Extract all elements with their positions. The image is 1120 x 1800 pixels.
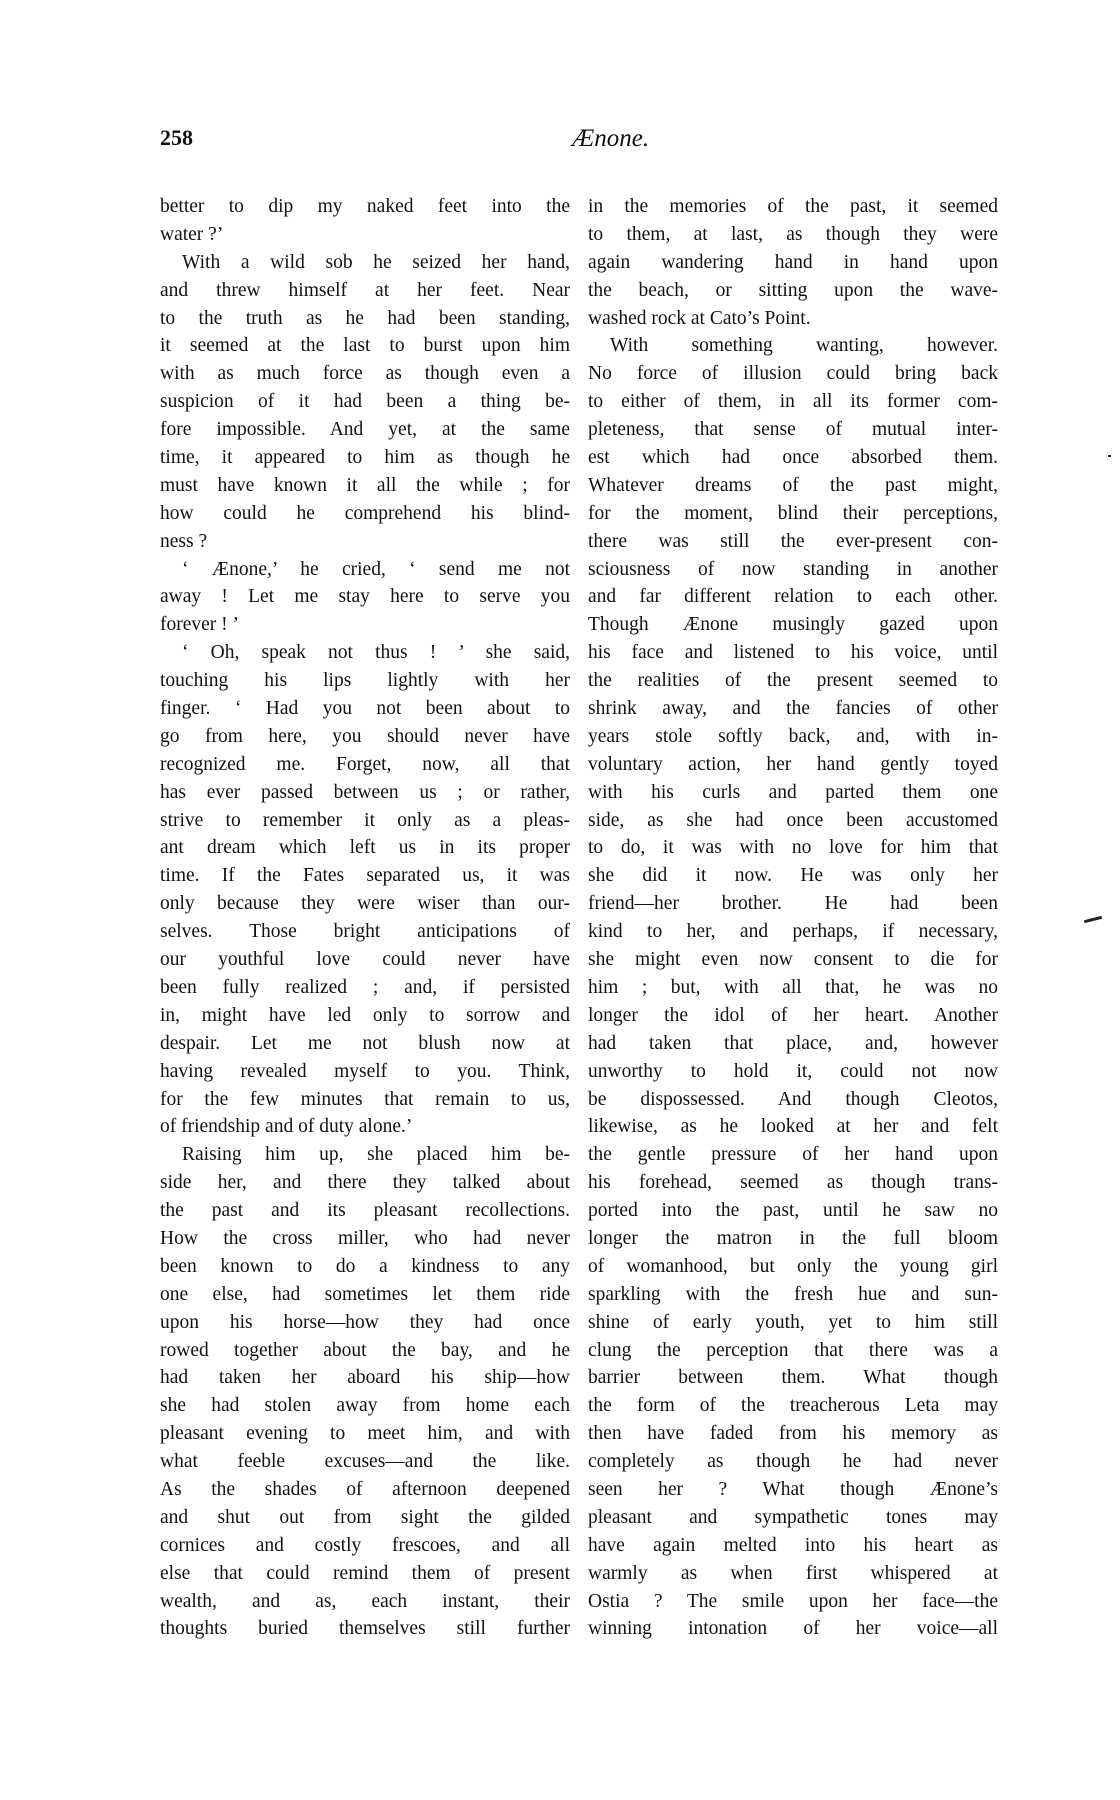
text-line: him ; but, with all that, he was no — [588, 974, 998, 1002]
text-line: had taken that place, and, however — [588, 1030, 998, 1058]
text-line: it seemed at the last to burst upon him — [160, 332, 570, 360]
text-line: est which had once absorbed them. — [588, 444, 998, 472]
text-line: pleasant evening to meet him, and with — [160, 1420, 570, 1448]
text-line: ‘ Ænone,’ he cried, ‘ send me not — [160, 556, 570, 584]
text-line: Though Ænone musingly gazed upon — [588, 611, 998, 639]
text-line: despair. Let me not blush now at — [160, 1030, 570, 1058]
text-line: with as much force as though even a — [160, 360, 570, 388]
text-line: years stole softly back, and, with in- — [588, 723, 998, 751]
text-line: sciousness of now standing in another — [588, 556, 998, 584]
text-line: unworthy to hold it, could not now — [588, 1058, 998, 1086]
scan-speck — [1108, 455, 1111, 457]
text-line: go from here, you should never have — [160, 723, 570, 751]
text-line: having revealed myself to you. Think, — [160, 1058, 570, 1086]
page-header: 258 Ænone. — [160, 125, 1000, 165]
text-line: water ?’ — [160, 221, 570, 249]
text-line: How the cross miller, who had never — [160, 1225, 570, 1253]
text-line: the gentle pressure of her hand upon — [588, 1141, 998, 1169]
text-line: forever ! ’ — [160, 611, 570, 639]
text-line: completely as though he had never — [588, 1448, 998, 1476]
text-line: ant dream which left us in its proper — [160, 834, 570, 862]
text-line: and threw himself at her feet. Near — [160, 277, 570, 305]
text-line: to the truth as he had been standing, — [160, 305, 570, 333]
text-line: for the moment, blind their perceptions, — [588, 500, 998, 528]
page-number: 258 — [160, 125, 193, 151]
text-line: the beach, or sitting upon the wave- — [588, 277, 998, 305]
text-line: his forehead, seemed as though trans- — [588, 1169, 998, 1197]
right-text-column: in the memories of the past, it seemedto… — [588, 193, 998, 1643]
text-line: No force of illusion could bring back — [588, 360, 998, 388]
text-line: then have faded from his memory as — [588, 1420, 998, 1448]
text-line: sparkling with the fresh hue and sun- — [588, 1281, 998, 1309]
text-line: to do, it was with no love for him that — [588, 834, 998, 862]
text-line: longer the matron in the full bloom — [588, 1225, 998, 1253]
text-line: side her, and there they talked about — [160, 1169, 570, 1197]
text-line: upon his horse—how they had once — [160, 1309, 570, 1337]
text-line: time, it appeared to him as though he — [160, 444, 570, 472]
text-line: Ostia ? The smile upon her face—the — [588, 1588, 998, 1616]
text-line: only because they were wiser than our- — [160, 890, 570, 918]
text-line: with his curls and parted them one — [588, 779, 998, 807]
text-line: side, as she had once been accustomed — [588, 807, 998, 835]
text-line: and far different relation to each other… — [588, 583, 998, 611]
text-line: has ever passed between us ; or rather, — [160, 779, 570, 807]
text-line: likewise, as he looked at her and felt — [588, 1113, 998, 1141]
text-line: shrink away, and the fancies of other — [588, 695, 998, 723]
text-line: pleteness, that sense of mutual inter- — [588, 416, 998, 444]
text-line: must have known it all the while ; for — [160, 472, 570, 500]
text-line: fore impossible. And yet, at the same — [160, 416, 570, 444]
text-line: the form of the treacherous Leta may — [588, 1392, 998, 1420]
text-line: again wandering hand in hand upon — [588, 249, 998, 277]
text-line: barrier between them. What though — [588, 1364, 998, 1392]
text-line: longer the idol of her heart. Another — [588, 1002, 998, 1030]
text-line: she might even now consent to die for — [588, 946, 998, 974]
text-line: selves. Those bright anticipations of — [160, 918, 570, 946]
text-line: rowed together about the bay, and he — [160, 1337, 570, 1365]
text-line: our youthful love could never have — [160, 946, 570, 974]
text-line: for the few minutes that remain to us, — [160, 1086, 570, 1114]
text-line: With something wanting, however. — [588, 332, 998, 360]
text-line: cornices and costly frescoes, and all — [160, 1532, 570, 1560]
text-line: in, might have led only to sorrow and — [160, 1002, 570, 1030]
text-line: shine of early youth, yet to him still — [588, 1309, 998, 1337]
text-line: strive to remember it only as a pleas- — [160, 807, 570, 835]
text-line: and shut out from sight the gilded — [160, 1504, 570, 1532]
text-line: washed rock at Cato’s Point. — [588, 305, 998, 333]
book-page: 258 Ænone. better to dip my naked feet i… — [0, 0, 1120, 1800]
text-line: of womanhood, but only the young girl — [588, 1253, 998, 1281]
text-line: be dispossessed. And though Cleotos, — [588, 1086, 998, 1114]
text-line: kind to her, and perhaps, if necessary, — [588, 918, 998, 946]
text-line: ported into the past, until he saw no — [588, 1197, 998, 1225]
text-line: better to dip my naked feet into the — [160, 193, 570, 221]
text-line: pleasant and sympathetic tones may — [588, 1504, 998, 1532]
text-line: his face and listened to his voice, unti… — [588, 639, 998, 667]
text-line: Whatever dreams of the past might, — [588, 472, 998, 500]
text-line: wealth, and as, each instant, their — [160, 1588, 570, 1616]
scan-smudge — [1084, 916, 1102, 923]
text-line: finger. ‘ Had you not been about to — [160, 695, 570, 723]
text-line: one else, had sometimes let them ride — [160, 1281, 570, 1309]
text-line: there was still the ever-present con- — [588, 528, 998, 556]
left-text-column: better to dip my naked feet into thewate… — [160, 193, 570, 1643]
text-line: in the memories of the past, it seemed — [588, 193, 998, 221]
text-line: to them, at last, as though they were — [588, 221, 998, 249]
text-line: ness ? — [160, 528, 570, 556]
text-line: seen her ? What though Ænone’s — [588, 1476, 998, 1504]
text-line: the past and its pleasant recollections. — [160, 1197, 570, 1225]
text-line: what feeble excuses—and the like. — [160, 1448, 570, 1476]
text-line: she did it now. He was only her — [588, 862, 998, 890]
text-line: friend—her brother. He had been — [588, 890, 998, 918]
text-line: to either of them, in all its former com… — [588, 388, 998, 416]
text-line: thoughts buried themselves still further — [160, 1615, 570, 1643]
text-line: suspicion of it had been a thing be- — [160, 388, 570, 416]
text-line: Raising him up, she placed him be- — [160, 1141, 570, 1169]
text-line: recognized me. Forget, now, all that — [160, 751, 570, 779]
text-line: the realities of the present seemed to — [588, 667, 998, 695]
text-line: winning intonation of her voice—all — [588, 1615, 998, 1643]
text-line: been fully realized ; and, if persisted — [160, 974, 570, 1002]
text-line: how could he comprehend his blind- — [160, 500, 570, 528]
text-line: had taken her aboard his ship—how — [160, 1364, 570, 1392]
text-line: away ! Let me stay here to serve you — [160, 583, 570, 611]
text-line: As the shades of afternoon deepened — [160, 1476, 570, 1504]
text-line: she had stolen away from home each — [160, 1392, 570, 1420]
text-line: voluntary action, her hand gently toyed — [588, 751, 998, 779]
running-title: Ænone. — [572, 125, 649, 153]
text-line: of friendship and of duty alone.’ — [160, 1113, 570, 1141]
text-line: else that could remind them of present — [160, 1560, 570, 1588]
text-line: With a wild sob he seized her hand, — [160, 249, 570, 277]
text-line: time. If the Fates separated us, it was — [160, 862, 570, 890]
text-line: been known to do a kindness to any — [160, 1253, 570, 1281]
text-line: warmly as when first whispered at — [588, 1560, 998, 1588]
text-line: have again melted into his heart as — [588, 1532, 998, 1560]
text-line: ‘ Oh, speak not thus ! ’ she said, — [160, 639, 570, 667]
text-line: clung the perception that there was a — [588, 1337, 998, 1365]
text-line: touching his lips lightly with her — [160, 667, 570, 695]
